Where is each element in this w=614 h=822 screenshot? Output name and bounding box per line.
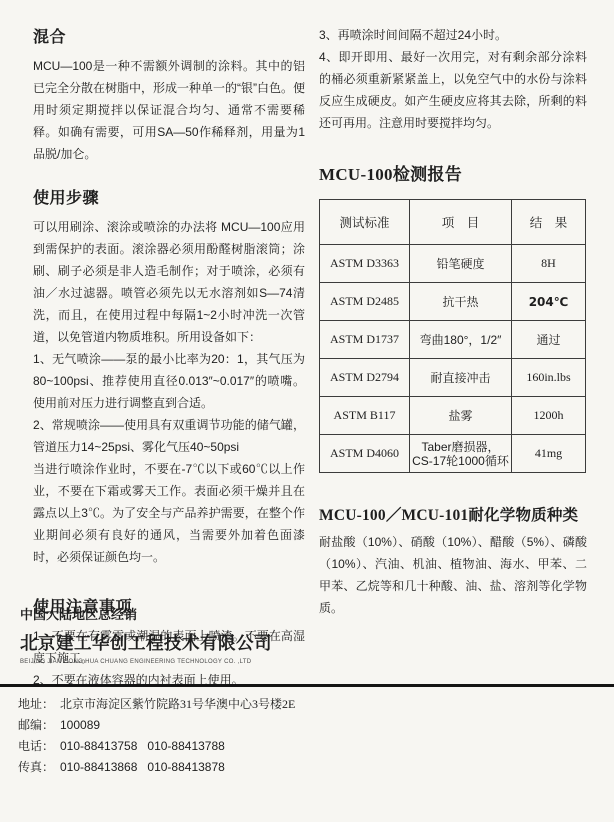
cell-item: 抗干热 [410,283,512,321]
address-value: 北京市海淀区紫竹院路31号华澳中心3号楼2E [60,694,295,715]
cell-standard: ASTM B117 [320,397,410,435]
cell-item: Taber磨损器， CS-17轮1000循环 [410,435,512,473]
column-header-result: 结 果 [512,200,586,245]
zipcode-label: 邮编： [18,715,60,736]
fax-value: 010-88413868 010-88413878 [60,757,225,778]
notes-item-2: 2、不要在液体容器的内衬表面上使用。 [33,669,305,691]
contact-row-phone: 电话： 010-88413758 010-88413788 [18,736,295,757]
divider [0,684,614,687]
cell-standard: ASTM D3363 [320,245,410,283]
mixing-title: 混合 [33,24,305,47]
cell-standard: ASTM D2794 [320,359,410,397]
cell-standard: ASTM D1737 [320,321,410,359]
report-title: MCU-100检测报告 [319,160,587,185]
column-header-standard: 测试标准 [320,200,410,245]
cell-result: 204℃ [512,283,586,321]
zipcode-value: 100089 [60,715,100,736]
cell-result: 160in.lbs [512,359,586,397]
distributor-block: 中国大陆地区总经销 北京建工华创工程技术有限公司 BEIJING JIAN GO… [20,604,272,665]
phone-value: 010-88413758 010-88413788 [60,736,225,757]
section-steps: 使用步骤 可以用刷涂、滚涂或喷涂的办法将 MCU—100应用到需保护的表面。滚涂… [33,185,305,568]
two-column-layout: 混合 MCU—100是一种不需额外调制的涂料。其中的铝已完全分散在树脂中，形成一… [0,0,614,691]
distributor-label: 中国大陆地区总经销 [20,604,272,623]
mixing-body: MCU—100是一种不需额外调制的涂料。其中的铝已完全分散在树脂中，形成一种单一… [33,55,305,165]
cell-item: 盐雾 [410,397,512,435]
table-row: ASTM D4060 Taber磨损器， CS-17轮1000循环 41mg [320,435,586,473]
contact-row-fax: 传真： 010-88413868 010-88413878 [18,757,295,778]
steps-item-2: 2、常规喷涂——使用具有双重调节功能的储气罐，管道压力14~25psi、雾化气压… [33,414,305,458]
cell-result: 通过 [512,321,586,359]
table-row: ASTM D3363 铅笔硬度 8H [320,245,586,283]
report-table: 测试标准 项 目 结 果 ASTM D3363 铅笔硬度 8H ASTM D24… [319,199,586,473]
section-mixing: 混合 MCU—100是一种不需额外调制的涂料。其中的铝已完全分散在树脂中，形成一… [33,24,305,165]
fax-label: 传真： [18,757,60,778]
cell-standard: ASTM D4060 [320,435,410,473]
steps-item-1: 1、无气喷涂——泵的最小比率为20：1，其气压为80~100psi、推荐使用直径… [33,348,305,414]
steps-item-4: 4、即开即用、最好一次用完，对有剩余部分涂料的桶必须重新紧紧盖上，以免空气中的水… [319,46,587,134]
cell-result: 8H [512,245,586,283]
address-label: 地址： [18,694,60,715]
contact-row-address: 地址： 北京市海淀区紫竹院路31号华澳中心3号楼2E [18,694,295,715]
cell-item: 耐直接冲击 [410,359,512,397]
company-name-en: BEIJING JIAN GONG HUA CHUANG ENGINEERING… [20,659,272,665]
table-row: ASTM D1737 弯曲180°，1/2″ 通过 [320,321,586,359]
table-row: ASTM D2794 耐直接冲击 160in.lbs [320,359,586,397]
cell-result: 41mg [512,435,586,473]
steps-intro: 可以用刷涂、滚涂或喷涂的办法将 MCU—100应用到需保护的表面。滚涂器必须用酚… [33,216,305,348]
steps-item-3: 3、再喷涂时间间隔不超过24小时。 [319,24,587,46]
table-row: ASTM D2485 抗干热 204℃ [320,283,586,321]
cell-standard: ASTM D2485 [320,283,410,321]
table-header-row: 测试标准 项 目 结 果 [320,200,586,245]
table-row: ASTM B117 盐雾 1200h [320,397,586,435]
column-header-item: 项 目 [410,200,512,245]
left-column: 混合 MCU—100是一种不需额外调制的涂料。其中的铝已完全分散在树脂中，形成一… [33,24,305,691]
contact-row-zipcode: 邮编： 100089 [18,715,295,736]
cell-item: 弯曲180°，1/2″ [410,321,512,359]
phone-label: 电话： [18,736,60,757]
cell-result: 1200h [512,397,586,435]
chem-resistance-title: MCU-100／MCU-101耐化学物质种类 [319,503,587,525]
steps-caution: 当进行喷涂作业时，不要在-7℃以下或60℃以上作业，不要在下霜或雾天工作。表面必… [33,458,305,568]
document-page: 混合 MCU—100是一种不需额外调制的涂料。其中的铝已完全分散在树脂中，形成一… [0,0,614,822]
contact-block: 地址： 北京市海淀区紫竹院路31号华澳中心3号楼2E 邮编： 100089 电话… [18,694,295,778]
chem-resistance-body: 耐盐酸（10%）、硝酸（10%）、醋酸（5%）、磷酸（10%）、汽油、机油、植物… [319,531,587,619]
steps-title: 使用步骤 [33,185,305,208]
cell-item: 铅笔硬度 [410,245,512,283]
right-column: 3、再喷涂时间间隔不超过24小时。 4、即开即用、最好一次用完，对有剩余部分涂料… [319,24,587,691]
company-name-cn: 北京建工华创工程技术有限公司 [20,630,272,655]
